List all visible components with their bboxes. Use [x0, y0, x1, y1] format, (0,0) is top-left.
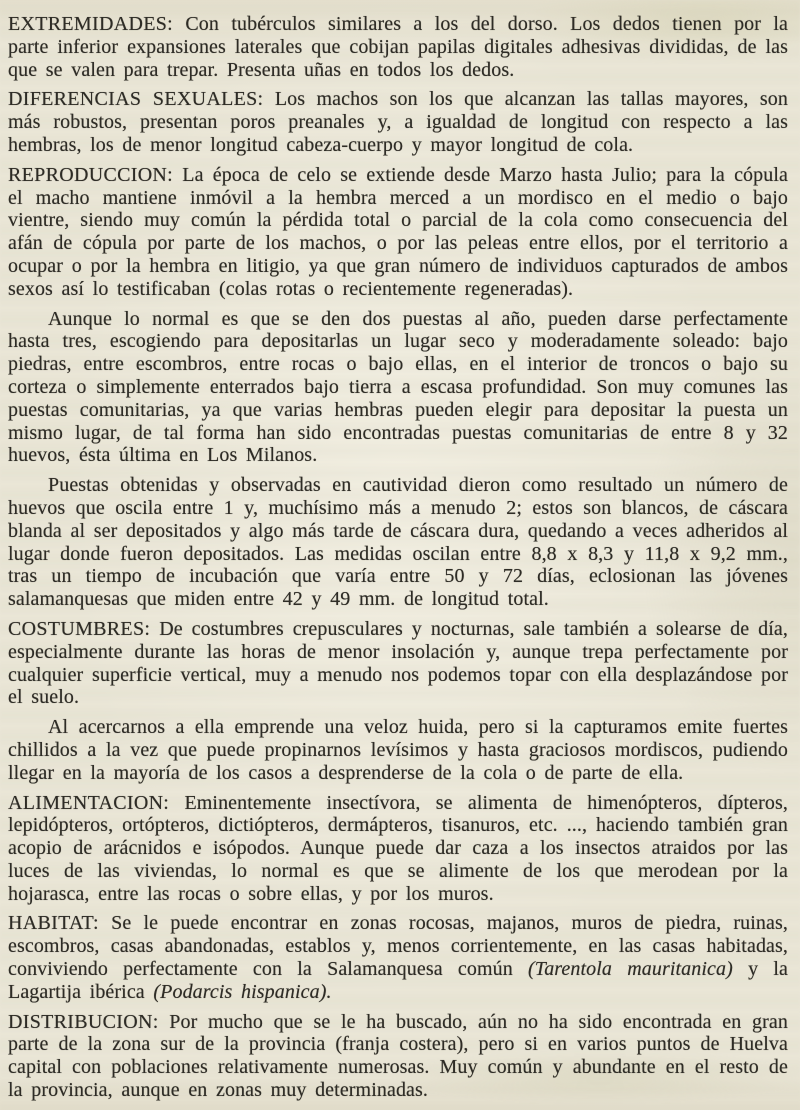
- paragraph-alimentacion: ALIMENTACION: Eminentemente insectívora,…: [8, 792, 788, 906]
- section-header-distribucion: DISTRIBUCION:: [8, 1011, 159, 1033]
- paragraph-puestas-al-ano: Aunque lo normal es que se den dos puest…: [8, 308, 788, 468]
- section-header-costumbres: COSTUMBRES:: [8, 618, 150, 640]
- paragraph-text: Aunque lo normal es que se den dos puest…: [8, 308, 788, 467]
- document-text: EXTREMIDADES: Con tubérculos similares a…: [0, 0, 800, 1102]
- section-header-habitat: HABITAT:: [8, 912, 99, 934]
- paragraph-text: Al acercarnos a ella emprende una veloz …: [8, 716, 788, 784]
- species-name-podarcis: (Podarcis hispanica).: [153, 981, 331, 1003]
- scanned-document-page: EXTREMIDADES: Con tubérculos similares a…: [0, 0, 800, 1110]
- section-header-extremidades: EXTREMIDADES:: [8, 13, 173, 35]
- paragraph-extremidades: EXTREMIDADES: Con tubérculos similares a…: [8, 13, 788, 81]
- paragraph-diferencias-sexuales: DIFERENCIAS SEXUALES: Los machos son los…: [8, 88, 788, 156]
- paragraph-huida: Al acercarnos a ella emprende una veloz …: [8, 716, 788, 784]
- paragraph-costumbres: COSTUMBRES: De costumbres crepusculares …: [8, 618, 788, 709]
- section-header-diferencias-sexuales: DIFERENCIAS SEXUALES:: [8, 88, 263, 110]
- species-name-tarentola: (Tarentola mauritanica): [528, 958, 733, 980]
- paragraph-reproduccion: REPRODUCCION: La época de celo se extien…: [8, 164, 788, 301]
- paragraph-puestas-cautividad: Puestas obtenidas y observadas en cautiv…: [8, 474, 788, 611]
- section-header-alimentacion: ALIMENTACION:: [8, 792, 169, 814]
- paragraph-text: Puestas obtenidas y observadas en cautiv…: [8, 474, 788, 610]
- paragraph-habitat: HABITAT: Se le puede encontrar en zonas …: [8, 912, 788, 1003]
- paragraph-distribucion: DISTRIBUCION: Por mucho que se le ha bus…: [8, 1011, 788, 1102]
- section-header-reproduccion: REPRODUCCION:: [8, 164, 173, 186]
